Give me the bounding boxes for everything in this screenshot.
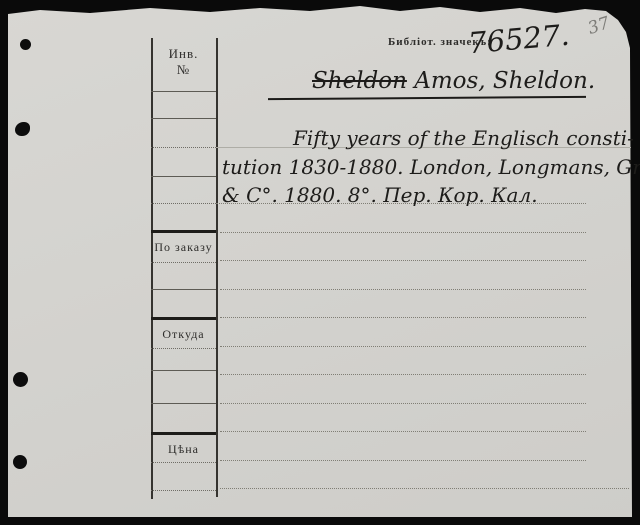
writing-rule xyxy=(220,317,586,318)
title-line-3: & C°. 1880. 8°. Пер. Кор. Кал. xyxy=(222,183,538,207)
column-rule xyxy=(151,490,216,491)
library-mark-number: 76527. xyxy=(467,18,571,61)
pencil-corner-number: 37 xyxy=(585,13,612,39)
column-rule xyxy=(151,289,216,290)
writing-rule xyxy=(220,260,586,261)
ink-dot-3 xyxy=(13,372,28,387)
column-rule-thick xyxy=(151,230,216,233)
title-line-2: tution 1830-1880. London, Longmans, Gree… xyxy=(222,155,640,179)
ink-dot-4 xyxy=(13,455,27,469)
inventory-number-sign: № xyxy=(151,62,216,78)
from-where-label: Откуда xyxy=(151,327,216,342)
column-left-rule xyxy=(151,38,153,499)
column-rule-thick xyxy=(151,432,216,435)
author-underline xyxy=(268,96,586,100)
writing-rule xyxy=(220,289,586,290)
author-struck-word: Sheldon xyxy=(312,68,407,94)
writing-rule xyxy=(220,374,586,375)
column-rule xyxy=(151,403,216,404)
by-order-label: По заказу xyxy=(151,240,216,255)
ink-dot-1 xyxy=(20,39,31,50)
inventory-label: Инв. xyxy=(151,46,216,62)
writing-rule xyxy=(220,460,586,461)
author-heading: Sheldon Amos, Sheldon. xyxy=(312,68,595,94)
column-right-rule xyxy=(216,38,218,497)
scanned-catalog-card-photo: 37 Библіот. значекъ: 76527. Инв. № По за… xyxy=(0,0,640,525)
column-rule xyxy=(151,91,216,92)
ink-dot-2 xyxy=(15,122,30,136)
column-rule xyxy=(151,370,216,371)
column-rule xyxy=(151,203,216,204)
author-rest: Amos, Sheldon. xyxy=(407,68,595,94)
writing-rule xyxy=(220,403,586,404)
column-rule xyxy=(151,176,216,177)
writing-rule xyxy=(220,346,586,347)
writing-rule xyxy=(220,431,586,432)
writing-rule xyxy=(220,232,586,233)
column-rule xyxy=(151,147,216,148)
price-label: Цѣна xyxy=(151,442,216,457)
card-content: 37 Библіот. значекъ: 76527. Инв. № По за… xyxy=(0,0,640,525)
column-rule xyxy=(151,118,216,119)
column-rule-thick xyxy=(151,317,216,320)
column-rule xyxy=(151,262,216,263)
writing-rule xyxy=(220,488,629,489)
title-line-1: Fifty years of the Englisch consti- xyxy=(293,126,634,150)
column-rule xyxy=(151,462,216,463)
column-rule xyxy=(151,348,216,349)
